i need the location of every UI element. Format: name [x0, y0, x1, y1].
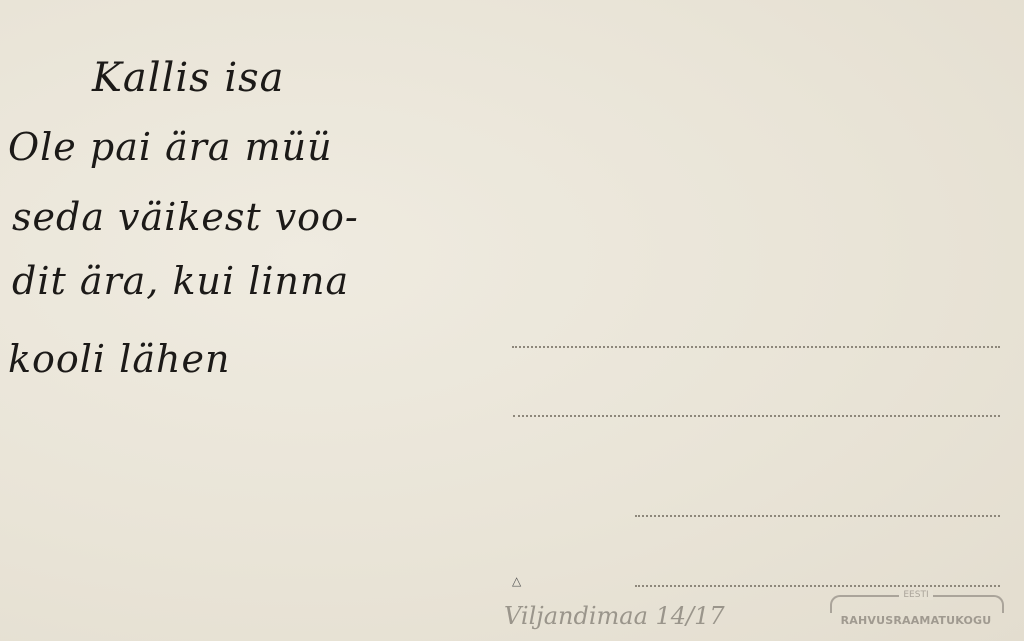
address-line-2 — [513, 415, 1000, 417]
message-line-3: dit ära, kui linna — [12, 262, 349, 300]
address-line-1 — [512, 346, 1000, 348]
pencil-archive-note: Viljandimaa 14/17 — [504, 602, 725, 630]
library-stamp: EESTI RAHVUSRAAMATUKOGU — [828, 590, 1004, 630]
postcard-back: Kallis isa Ole pai ära müü seda väikest … — [0, 0, 1024, 641]
stamp-top-text: EESTI — [899, 590, 932, 600]
message-greeting: Kallis isa — [92, 58, 285, 98]
address-line-4 — [635, 585, 1000, 587]
triangle-mark: △ — [512, 574, 521, 588]
address-line-3 — [635, 515, 1000, 517]
stamp-bottom-text: RAHVUSRAAMATUKOGU — [828, 614, 1004, 627]
message-line-1: Ole pai ära müü — [8, 128, 333, 166]
message-line-4: kooli lähen — [8, 340, 230, 378]
message-line-2: seda väikest voo- — [12, 198, 359, 236]
